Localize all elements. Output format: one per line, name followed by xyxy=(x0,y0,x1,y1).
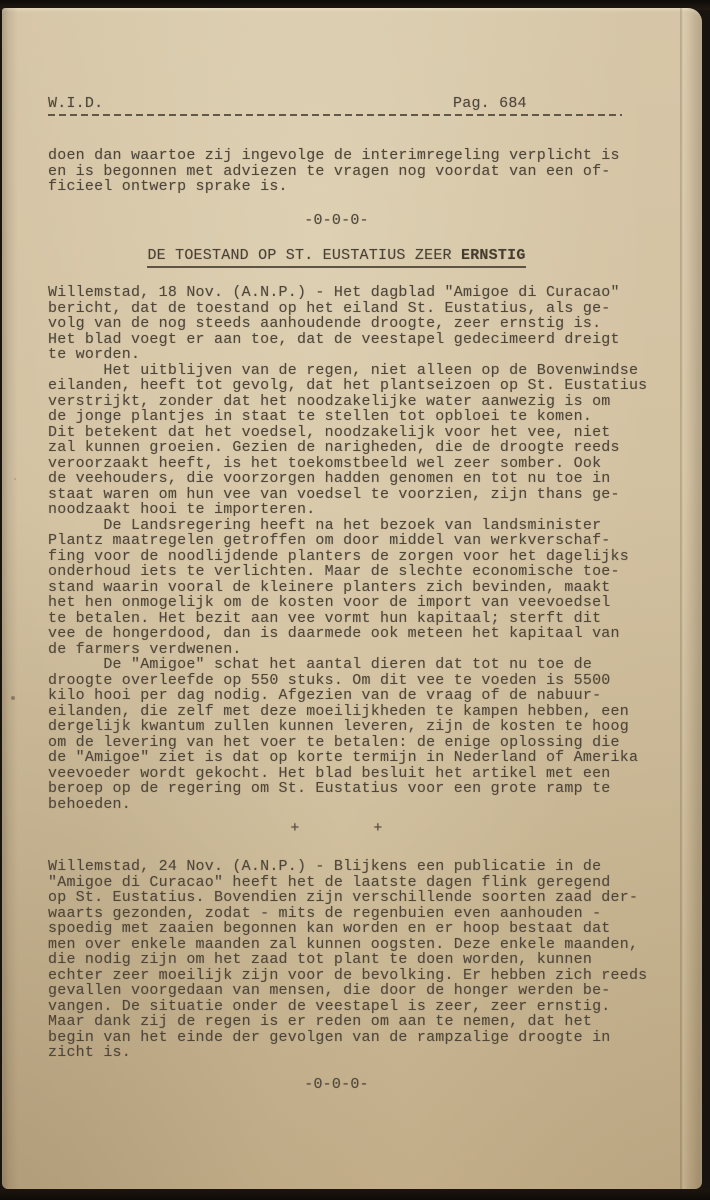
text-line: men over enkele maanden zal kunnen oogst… xyxy=(48,937,650,953)
text-line: behoeden. xyxy=(48,797,650,813)
text-line: verstrijkt, zonder dat het noodzakelijke… xyxy=(48,394,650,410)
scanned-document-page: W.I.D. Pag. 684 doen dan waartoe zij ing… xyxy=(0,0,710,1200)
section-divider: -0-0-0- xyxy=(48,213,625,229)
page-number: Pag. 684 xyxy=(453,96,527,112)
article-body: Willemstad, 18 Nov. (A.N.P.) - Het dagbl… xyxy=(48,285,650,812)
header-dashed-rule xyxy=(48,114,622,116)
article-paragraph: Het uitblijven van de regen, niet alleen… xyxy=(48,363,650,518)
text-line: dergelijk kwantum zullen kunnen leveren,… xyxy=(48,719,650,735)
text-line: vangen. De situatie onder de veestapel i… xyxy=(48,999,650,1015)
text-line: de veehouders, die voorzorgen hadden gen… xyxy=(48,471,650,487)
text-line: Het blad voegt er aan toe, dat de veesta… xyxy=(48,332,650,348)
article-title: DE TOESTAND OP ST. EUSTATIUS ZEER ERNSTI… xyxy=(48,248,625,268)
text-line: begin van het einde der gevolgen van de … xyxy=(48,1030,650,1046)
text-line: op St. Eustatius. Bovendien zijn verschi… xyxy=(48,890,650,906)
text-line: te worden. xyxy=(48,347,650,363)
text-line: veevoeder wordt gekocht. Het blad beslui… xyxy=(48,766,650,782)
text-line: fing voor de noodlijdende planters de zo… xyxy=(48,549,650,565)
text-line: noodzaakt hooi te importeren. xyxy=(48,502,650,518)
text-line: Willemstad, 24 Nov. (A.N.P.) - Blijkens … xyxy=(48,859,650,875)
article-paragraph: De "Amigoe" schat het aantal dieren dat … xyxy=(48,657,650,812)
section-divider: -0-0-0- xyxy=(48,1077,625,1093)
text-line: eilanden, heeft tot gevolg, dat het plan… xyxy=(48,378,650,394)
article-paragraph: De Landsregering heeft na het bezoek van… xyxy=(48,518,650,658)
text-line: die nodig zijn om het zaad tot plant te … xyxy=(48,952,650,968)
text-line: de "Amigoe" ziet is dat op korte termijn… xyxy=(48,750,650,766)
text-line: Maar dank zij de regen is er reden om aa… xyxy=(48,1014,650,1030)
article-title-underline: DE TOESTAND OP ST. EUSTATIUS ZEER ERNSTI… xyxy=(147,248,525,268)
text-line: gevallen voorgedaan van mensen, die door… xyxy=(48,983,650,999)
article-title-emphasis: ERNSTIG xyxy=(461,247,526,264)
typewritten-content: W.I.D. Pag. 684 doen dan waartoe zij ing… xyxy=(0,0,710,1200)
journal-code: W.I.D. xyxy=(48,96,103,112)
text-line: zal kunnen groeien. Gezien de narigheden… xyxy=(48,440,650,456)
intro-paragraph: doen dan waartoe zij ingevolge de interi… xyxy=(48,148,650,195)
text-line: zicht is. xyxy=(48,1045,650,1061)
text-line: veroorzaakt heeft, is het toekomstbeeld … xyxy=(48,456,650,472)
text-line: De Landsregering heeft na het bezoek van… xyxy=(48,518,650,534)
text-line: kilo hooi per dag nodig. Afgezien van de… xyxy=(48,688,650,704)
text-line: Plantz maatregelen getroffen om door mid… xyxy=(48,533,650,549)
text-line: beroep op de regering om St. Eustatius v… xyxy=(48,781,650,797)
text-line: eilanden, die zelf met deze moeilijkhede… xyxy=(48,704,650,720)
text-line: spoedig met zaaien begonnen kan worden e… xyxy=(48,921,650,937)
text-line: stand waarin vooral de kleinere planters… xyxy=(48,580,650,596)
text-line: echter zeer moeilijk zijn voor de bevolk… xyxy=(48,968,650,984)
text-line: het hen onmogelijk om de kosten voor de … xyxy=(48,595,650,611)
text-line: onderhoud iets te verlichten. Maar de sl… xyxy=(48,564,650,580)
text-line: staat waren om hun vee van voedsel te vo… xyxy=(48,487,650,503)
text-line: ficieel ontwerp sprake is. xyxy=(48,179,650,195)
text-line: Het uitblijven van de regen, niet alleen… xyxy=(48,363,650,379)
text-line: waarts gezonden, zodat - mits de regenbu… xyxy=(48,906,650,922)
text-line: bericht, dat de toestand op het eiland S… xyxy=(48,301,650,317)
text-line: en is begonnen met adviezen te vragen no… xyxy=(48,164,650,180)
text-line: "Amigoe di Curacao" heeft het de laatste… xyxy=(48,875,650,891)
text-line: doen dan waartoe zij ingevolge de interi… xyxy=(48,148,650,164)
text-line: vee de hongerdood, dan is daarmede ook m… xyxy=(48,626,650,642)
update-paragraph: Willemstad, 24 Nov. (A.N.P.) - Blijkens … xyxy=(48,859,650,1061)
text-line: de jonge plantjes in staat te stellen to… xyxy=(48,409,650,425)
text-line: te betalen. Het bezit aan vee vormt hun … xyxy=(48,611,650,627)
text-line: De "Amigoe" schat het aantal dieren dat … xyxy=(48,657,650,673)
text-line: droogte overleefde op 550 stuks. Om dit … xyxy=(48,673,650,689)
article-paragraph: Willemstad, 18 Nov. (A.N.P.) - Het dagbl… xyxy=(48,285,650,363)
text-line: om de levering van het voer te betalen: … xyxy=(48,735,650,751)
text-line: volg van de nog steeds aanhoudende droog… xyxy=(48,316,650,332)
text-line: Willemstad, 18 Nov. (A.N.P.) - Het dagbl… xyxy=(48,285,650,301)
text-line: de farmers verdwenen. xyxy=(48,642,650,658)
plus-divider: + + xyxy=(48,821,625,837)
article-title-text: DE TOESTAND OP ST. EUSTATIUS ZEER xyxy=(147,247,461,264)
text-line: Dit betekent dat het voedsel, noodzakeli… xyxy=(48,425,650,441)
